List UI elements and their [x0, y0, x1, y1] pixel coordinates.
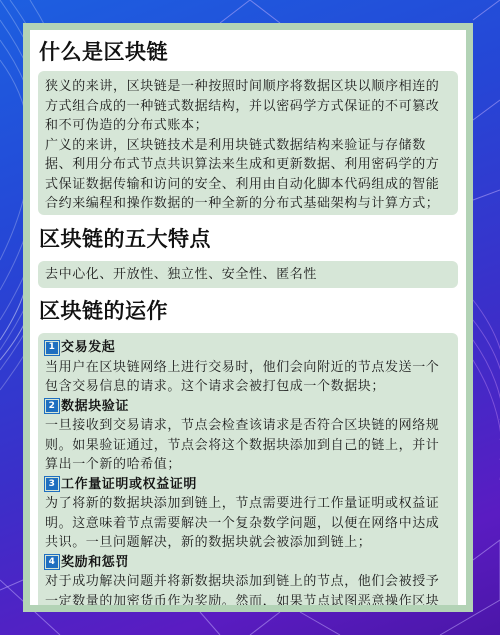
number-2-icon: 2 [45, 399, 59, 413]
step-heading: 交易发起 [61, 338, 115, 358]
step-block-validation: 2 数据块验证 一旦接收到交易请求，节点会检查该请求是否符合区块链的网络规则。如… [45, 397, 450, 475]
number-3-icon: 3 [45, 477, 59, 491]
step-transaction-initiation: 1 交易发起 当用户在区块链网络上进行交易时，他们会向附近的节点发送一个包含交易… [45, 338, 450, 397]
number-4-icon: 4 [45, 555, 59, 569]
broad-definition-paragraph: 广义的来讲，区块链技术是利用块链式数据结构来验证与存储数据、利用分布式节点共识算… [45, 136, 450, 214]
content-card: 什么是区块链 狭义的来讲，区块链是一种按照时间顺序将数据区块以顺序相连的方式组合… [30, 30, 466, 605]
step-text: 对于成功解决问题并将新数据块添加到链上的节点，他们会被授予一定数量的加密货币作为… [45, 572, 450, 605]
number-1-icon: 1 [45, 341, 59, 355]
step-heading: 奖励和惩罚 [61, 553, 129, 573]
step-heading: 工作量证明或权益证明 [61, 475, 197, 495]
section-title-five-features: 区块链的五大特点 [38, 224, 458, 261]
section-title-what-is-blockchain: 什么是区块链 [38, 38, 458, 71]
narrow-definition-paragraph: 狭义的来讲，区块链是一种按照时间顺序将数据区块以顺序相连的方式组合成的一种链式数… [45, 77, 450, 136]
step-text: 当用户在区块链网络上进行交易时，他们会向附近的节点发送一个包含交易信息的请求。这… [45, 358, 450, 397]
step-rewards-and-penalties: 4 奖励和惩罚 对于成功解决问题并将新数据块添加到链上的节点，他们会被授予一定数… [45, 553, 450, 606]
content-card-border: 什么是区块链 狭义的来讲，区块链是一种按照时间顺序将数据区块以顺序相连的方式组合… [23, 23, 473, 612]
operation-steps-box: 1 交易发起 当用户在区块链网络上进行交易时，他们会向附近的节点发送一个包含交易… [38, 333, 458, 605]
step-proof-of-work-or-stake: 3 工作量证明或权益证明 为了将新的数据块添加到链上，节点需要进行工作量证明或权… [45, 475, 450, 553]
features-text: 去中心化、开放性、独立性、安全性、匿名性 [45, 265, 450, 285]
section-title-operation: 区块链的运作 [38, 296, 458, 333]
step-text: 一旦接收到交易请求，节点会检查该请求是否符合区块链的网络规则。如果验证通过，节点… [45, 416, 450, 475]
features-box: 去中心化、开放性、独立性、安全性、匿名性 [38, 261, 458, 288]
step-text: 为了将新的数据块添加到链上，节点需要进行工作量证明或权益证明。这意味着节点需要解… [45, 494, 450, 553]
step-heading: 数据块验证 [61, 397, 129, 417]
definition-box: 狭义的来讲，区块链是一种按照时间顺序将数据区块以顺序相连的方式组合成的一种链式数… [38, 71, 458, 215]
